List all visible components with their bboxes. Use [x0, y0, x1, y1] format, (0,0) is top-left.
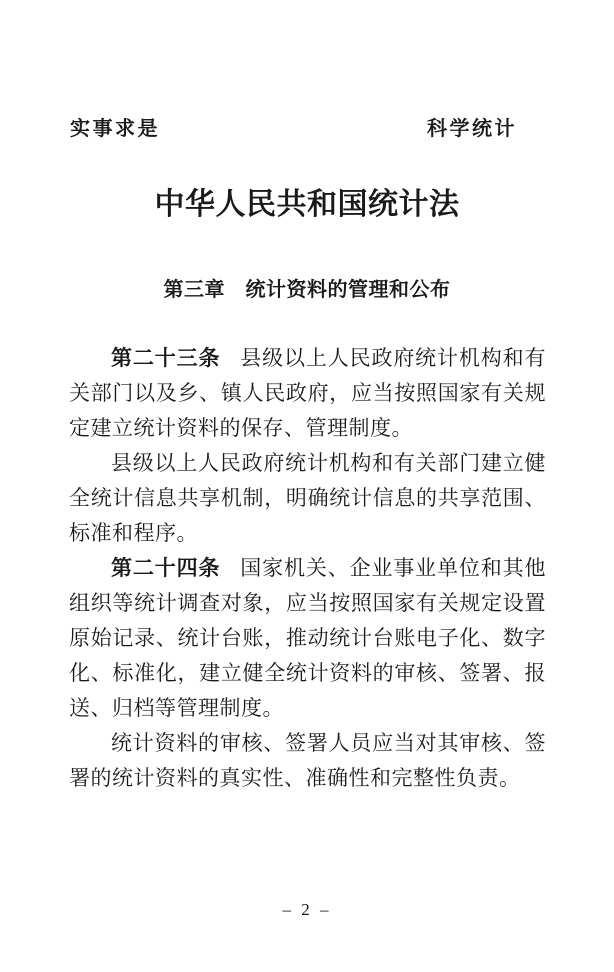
body-paragraph: 第二十四条国家机关、企业事业单位和其他组织等统计调查对象，应当按照国家有关规定设…: [69, 551, 546, 726]
body-paragraph: 第二十三条县级以上人民政府统计机构和有关部门以及乡、镇人民政府，应当按照国家有关…: [69, 341, 546, 446]
chapter-heading: 第三章 统计资料的管理和公布: [0, 275, 614, 305]
document-title: 中华人民共和国统计法: [0, 185, 614, 225]
paragraph-text: 县级以上人民政府统计机构和有关部门建立健全统计信息共享机制，明确统计信息的共享范…: [69, 451, 546, 545]
header-right-motto: 科学统计: [427, 112, 517, 141]
paragraph-text: 统计资料的审核、签署人员应当对其审核、签署的统计资料的真实性、准确性和完整性负责…: [69, 731, 546, 790]
page-header: 实事求是 科学统计: [70, 112, 517, 141]
document-body: 第二十三条县级以上人民政府统计机构和有关部门以及乡、镇人民政府，应当按照国家有关…: [69, 341, 546, 796]
article-number: 第二十三条: [111, 347, 220, 370]
article-number: 第二十四条: [111, 557, 220, 580]
page-number: – 2 –: [0, 900, 614, 920]
header-left-motto: 实事求是: [70, 112, 160, 141]
body-paragraph: 县级以上人民政府统计机构和有关部门建立健全统计信息共享机制，明确统计信息的共享范…: [69, 446, 546, 551]
document-page: 实事求是 科学统计 中华人民共和国统计法 第三章 统计资料的管理和公布 第二十三…: [0, 0, 614, 972]
paragraph-text: 国家机关、企业事业单位和其他组织等统计调查对象，应当按照国家有关规定设置原始记录…: [69, 556, 546, 720]
body-paragraph: 统计资料的审核、签署人员应当对其审核、签署的统计资料的真实性、准确性和完整性负责…: [69, 726, 546, 796]
